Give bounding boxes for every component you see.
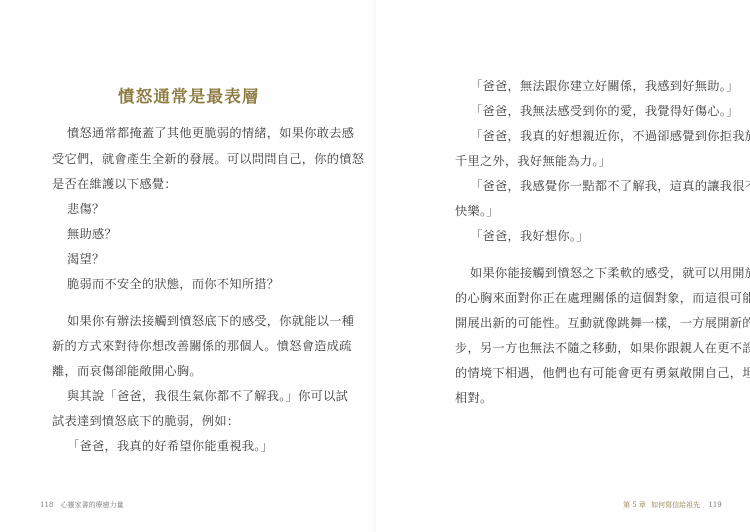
chapter-label: 第 5 章 [623, 501, 646, 509]
running-title: 如何寫信給祖先 [651, 501, 700, 509]
right-page: 「爸爸，無法跟你建立好關係，我感到好無助。」 「爸爸，我無法感受到你的愛，我覺得… [375, 0, 750, 532]
quote-line: 快樂。」 [455, 204, 499, 218]
running-title: 心靈家書的療癒力量 [61, 501, 124, 509]
list-item: 渴望？ [67, 252, 104, 266]
body-line: 受它們，就會產生全新的發展。可以問問自己，你的憤怒 [52, 152, 364, 166]
body-line: 與其說「爸爸，我很生氣你都不了解我。」你可以試 [67, 389, 348, 403]
body-line: 試表達到憤怒底下的脆弱，例如： [52, 414, 239, 428]
body-line: 相對。 [455, 391, 492, 405]
body-line: 的心胸來面對你正在處理關係的這個對象，而這很可能會 [455, 291, 750, 305]
quote-line: 「爸爸，我真的好希望你能重視我。」 [67, 439, 273, 453]
page-number: 118 [40, 501, 53, 509]
quote-line: 「爸爸，無法跟你建立好關係，我感到好無助。」 [470, 79, 739, 93]
body-line: 的情境下相遇，他們也有可能會更有勇氣敞開自己，坦誠 [455, 366, 750, 380]
body-line: 憤怒通常都掩蓋了其他更脆弱的情緒，如果你敢去感 [67, 126, 354, 140]
body-line: 新的方式來對待你想改善關係的那個人。憤怒會造成疏 [52, 339, 352, 353]
list-item: 悲傷？ [67, 202, 104, 216]
quote-line: 「爸爸，我無法感受到你的愛，我覺得好傷心。」 [470, 104, 739, 118]
body-line: 是否在維護以下感覺： [52, 177, 177, 191]
quote-line: 「爸爸，我真的好想親近你，不過卻感覺到你拒我於 [470, 129, 750, 143]
list-item: 無助感？ [67, 227, 117, 241]
quote-line: 「爸爸，我感覺你一點都不了解我，這真的讓我很不 [470, 179, 750, 193]
book-spread: 憤怒通常是最表層 憤怒通常都掩蓋了其他更脆弱的情緒，如果你敢去感 受它們，就會產… [0, 0, 750, 532]
body-line: 離，而哀傷卻能敞開心胸。 [52, 364, 202, 378]
left-page: 憤怒通常是最表層 憤怒通常都掩蓋了其他更脆弱的情緒，如果你敢去感 受它們，就會產… [0, 0, 375, 532]
right-footer: 第 5 章 如何寫信給祖先 119 [623, 500, 722, 510]
quote-line: 千里之外，我好無能為力。」 [455, 154, 611, 168]
body-line: 開展出新的可能性。互動就像跳舞一樣，一方展開新的舞 [455, 316, 750, 330]
body-line: 步，另一方也無法不隨之移動，如果你跟親人在更不設防 [455, 341, 750, 355]
section-title: 憤怒通常是最表層 [118, 83, 260, 107]
list-item: 脆弱而不安全的狀態，而你不知所措？ [67, 277, 279, 291]
left-footer: 118 心靈家書的療癒力量 [40, 500, 124, 510]
body-line: 如果你有辦法接觸到憤怒底下的感受，你就能以一種 [67, 314, 354, 328]
quote-line: 「爸爸，我好想你。」 [470, 229, 589, 243]
page-number: 119 [708, 501, 721, 509]
body-line: 如果你能接觸到憤怒之下柔軟的感受，就可以用開放 [470, 266, 750, 280]
